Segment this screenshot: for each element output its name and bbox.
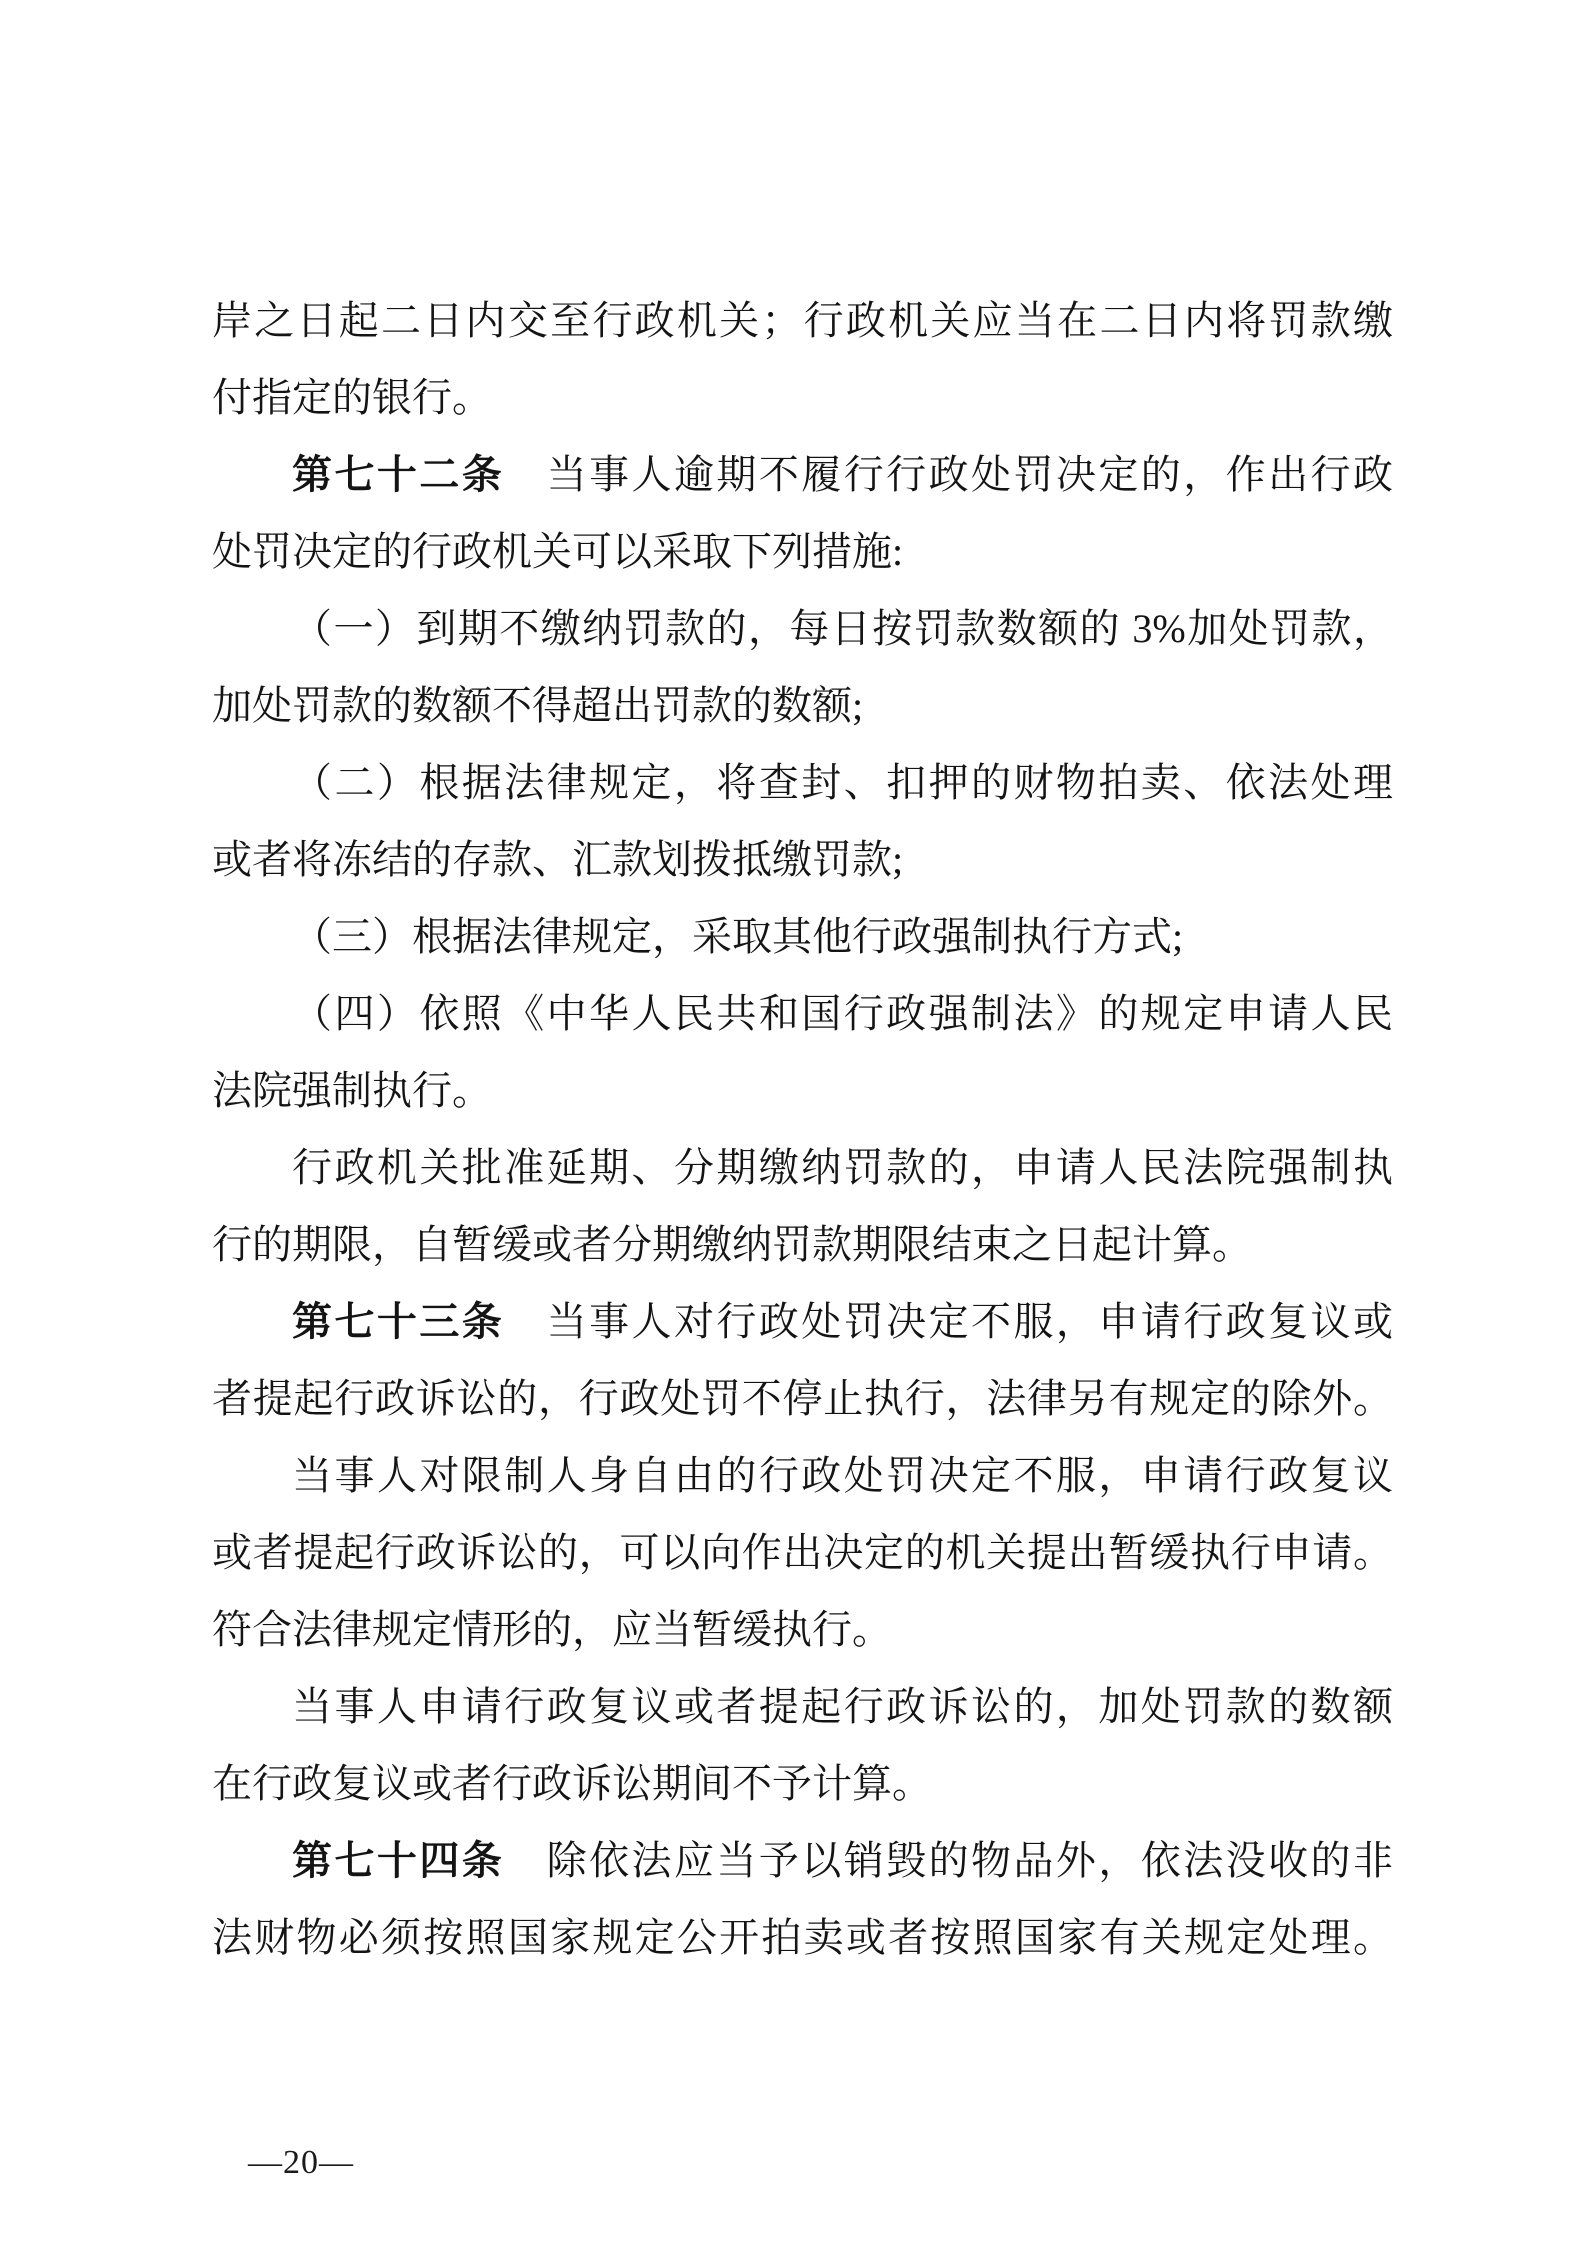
document-body: 岸之日起二日内交至行政机关；行政机关应当在二日内将罚款缴付指定的银行。第七十二条… — [212, 282, 1393, 1976]
text-segment: 符合法律规定情形的，应当暂缓执行。 — [212, 1607, 892, 1652]
text-segment: 付指定的银行。 — [212, 375, 492, 420]
text-line: 当事人对限制人身自由的行政处罚决定不服，申请行政复议 — [212, 1437, 1393, 1514]
text-line: 岸之日起二日内交至行政机关；行政机关应当在二日内将罚款缴 — [212, 282, 1393, 359]
article-number: 第七十三条 — [292, 1299, 504, 1344]
text-line: 符合法律规定情形的，应当暂缓执行。 — [212, 1591, 1393, 1668]
text-line: （三）根据法律规定，采取其他行政强制执行方式; — [212, 898, 1393, 975]
text-line: 在行政复议或者行政诉讼期间不予计算。 — [212, 1745, 1393, 1822]
text-line: 或者提起行政诉讼的，可以向作出决定的机关提出暂缓执行申请。 — [212, 1514, 1393, 1591]
text-line: 法院强制执行。 — [212, 1052, 1393, 1129]
text-line: 者提起行政诉讼的，行政处罚不停止执行，法律另有规定的除外。 — [212, 1360, 1393, 1437]
page-number: —20— — [248, 2144, 354, 2182]
text-line: 付指定的银行。 — [212, 359, 1393, 436]
text-line: 或者将冻结的存款、汇款划拨抵缴罚款; — [212, 821, 1393, 898]
text-segment: （二）根据法律规定，将查封、扣押的财物拍卖、依法处理 — [292, 760, 1393, 805]
text-segment: （四）依照《中华人民共和国行政强制法》的规定申请人民 — [292, 991, 1393, 1036]
text-segment: 当事人对行政处罚决定不服，申请行政复议或 — [504, 1299, 1393, 1344]
text-segment: 法院强制执行。 — [212, 1068, 492, 1113]
text-line: 法财物必须按照国家规定公开拍卖或者按照国家有关规定处理。 — [212, 1899, 1393, 1976]
document-page: 岸之日起二日内交至行政机关；行政机关应当在二日内将罚款缴付指定的银行。第七十二条… — [0, 0, 1587, 2245]
text-line: 行政机关批准延期、分期缴纳罚款的，申请人民法院强制执 — [212, 1129, 1393, 1206]
text-segment: 加处罚款的数额不得超出罚款的数额; — [212, 683, 863, 728]
text-segment: 处罚决定的行政机关可以采取下列措施: — [212, 529, 903, 574]
article-number: 第七十二条 — [292, 452, 504, 497]
text-line: 当事人申请行政复议或者提起行政诉讼的，加处罚款的数额 — [212, 1668, 1393, 1745]
text-segment: 者提起行政诉讼的，行政处罚不停止执行，法律另有规定的除外。 — [212, 1376, 1393, 1421]
text-segment: 除依法应当予以销毁的物品外，依法没收的非 — [504, 1838, 1393, 1883]
text-segment: 当事人申请行政复议或者提起行政诉讼的，加处罚款的数额 — [292, 1684, 1393, 1729]
text-line: 第七十三条 当事人对行政处罚决定不服，申请行政复议或 — [212, 1283, 1393, 1360]
text-line: 处罚决定的行政机关可以采取下列措施: — [212, 513, 1393, 590]
text-line: （一）到期不缴纳罚款的，每日按罚款数额的 3%加处罚款， — [212, 590, 1393, 667]
text-segment: 或者将冻结的存款、汇款划拨抵缴罚款; — [212, 837, 903, 882]
text-line: （二）根据法律规定，将查封、扣押的财物拍卖、依法处理 — [212, 744, 1393, 821]
article-number: 第七十四条 — [292, 1838, 504, 1883]
text-segment: 法财物必须按照国家规定公开拍卖或者按照国家有关规定处理。 — [212, 1915, 1393, 1960]
text-segment: 行的期限，自暂缓或者分期缴纳罚款期限结束之日起计算。 — [212, 1222, 1252, 1267]
text-line: （四）依照《中华人民共和国行政强制法》的规定申请人民 — [212, 975, 1393, 1052]
text-segment: 当事人逾期不履行行政处罚决定的，作出行政 — [504, 452, 1393, 497]
text-segment: （一）到期不缴纳罚款的，每日按罚款数额的 3%加处罚款， — [292, 606, 1393, 651]
text-segment: 在行政复议或者行政诉讼期间不予计算。 — [212, 1761, 932, 1806]
text-segment: 岸之日起二日内交至行政机关；行政机关应当在二日内将罚款缴 — [212, 298, 1393, 343]
text-line: 第七十四条 除依法应当予以销毁的物品外，依法没收的非 — [212, 1822, 1393, 1899]
text-segment: 或者提起行政诉讼的，可以向作出决定的机关提出暂缓执行申请。 — [212, 1530, 1393, 1575]
text-segment: 行政机关批准延期、分期缴纳罚款的，申请人民法院强制执 — [292, 1145, 1393, 1190]
text-line: 第七十二条 当事人逾期不履行行政处罚决定的，作出行政 — [212, 436, 1393, 513]
text-line: 加处罚款的数额不得超出罚款的数额; — [212, 667, 1393, 744]
text-segment: （三）根据法律规定，采取其他行政强制执行方式; — [292, 914, 1183, 959]
text-segment: 当事人对限制人身自由的行政处罚决定不服，申请行政复议 — [292, 1453, 1393, 1498]
text-line: 行的期限，自暂缓或者分期缴纳罚款期限结束之日起计算。 — [212, 1206, 1393, 1283]
